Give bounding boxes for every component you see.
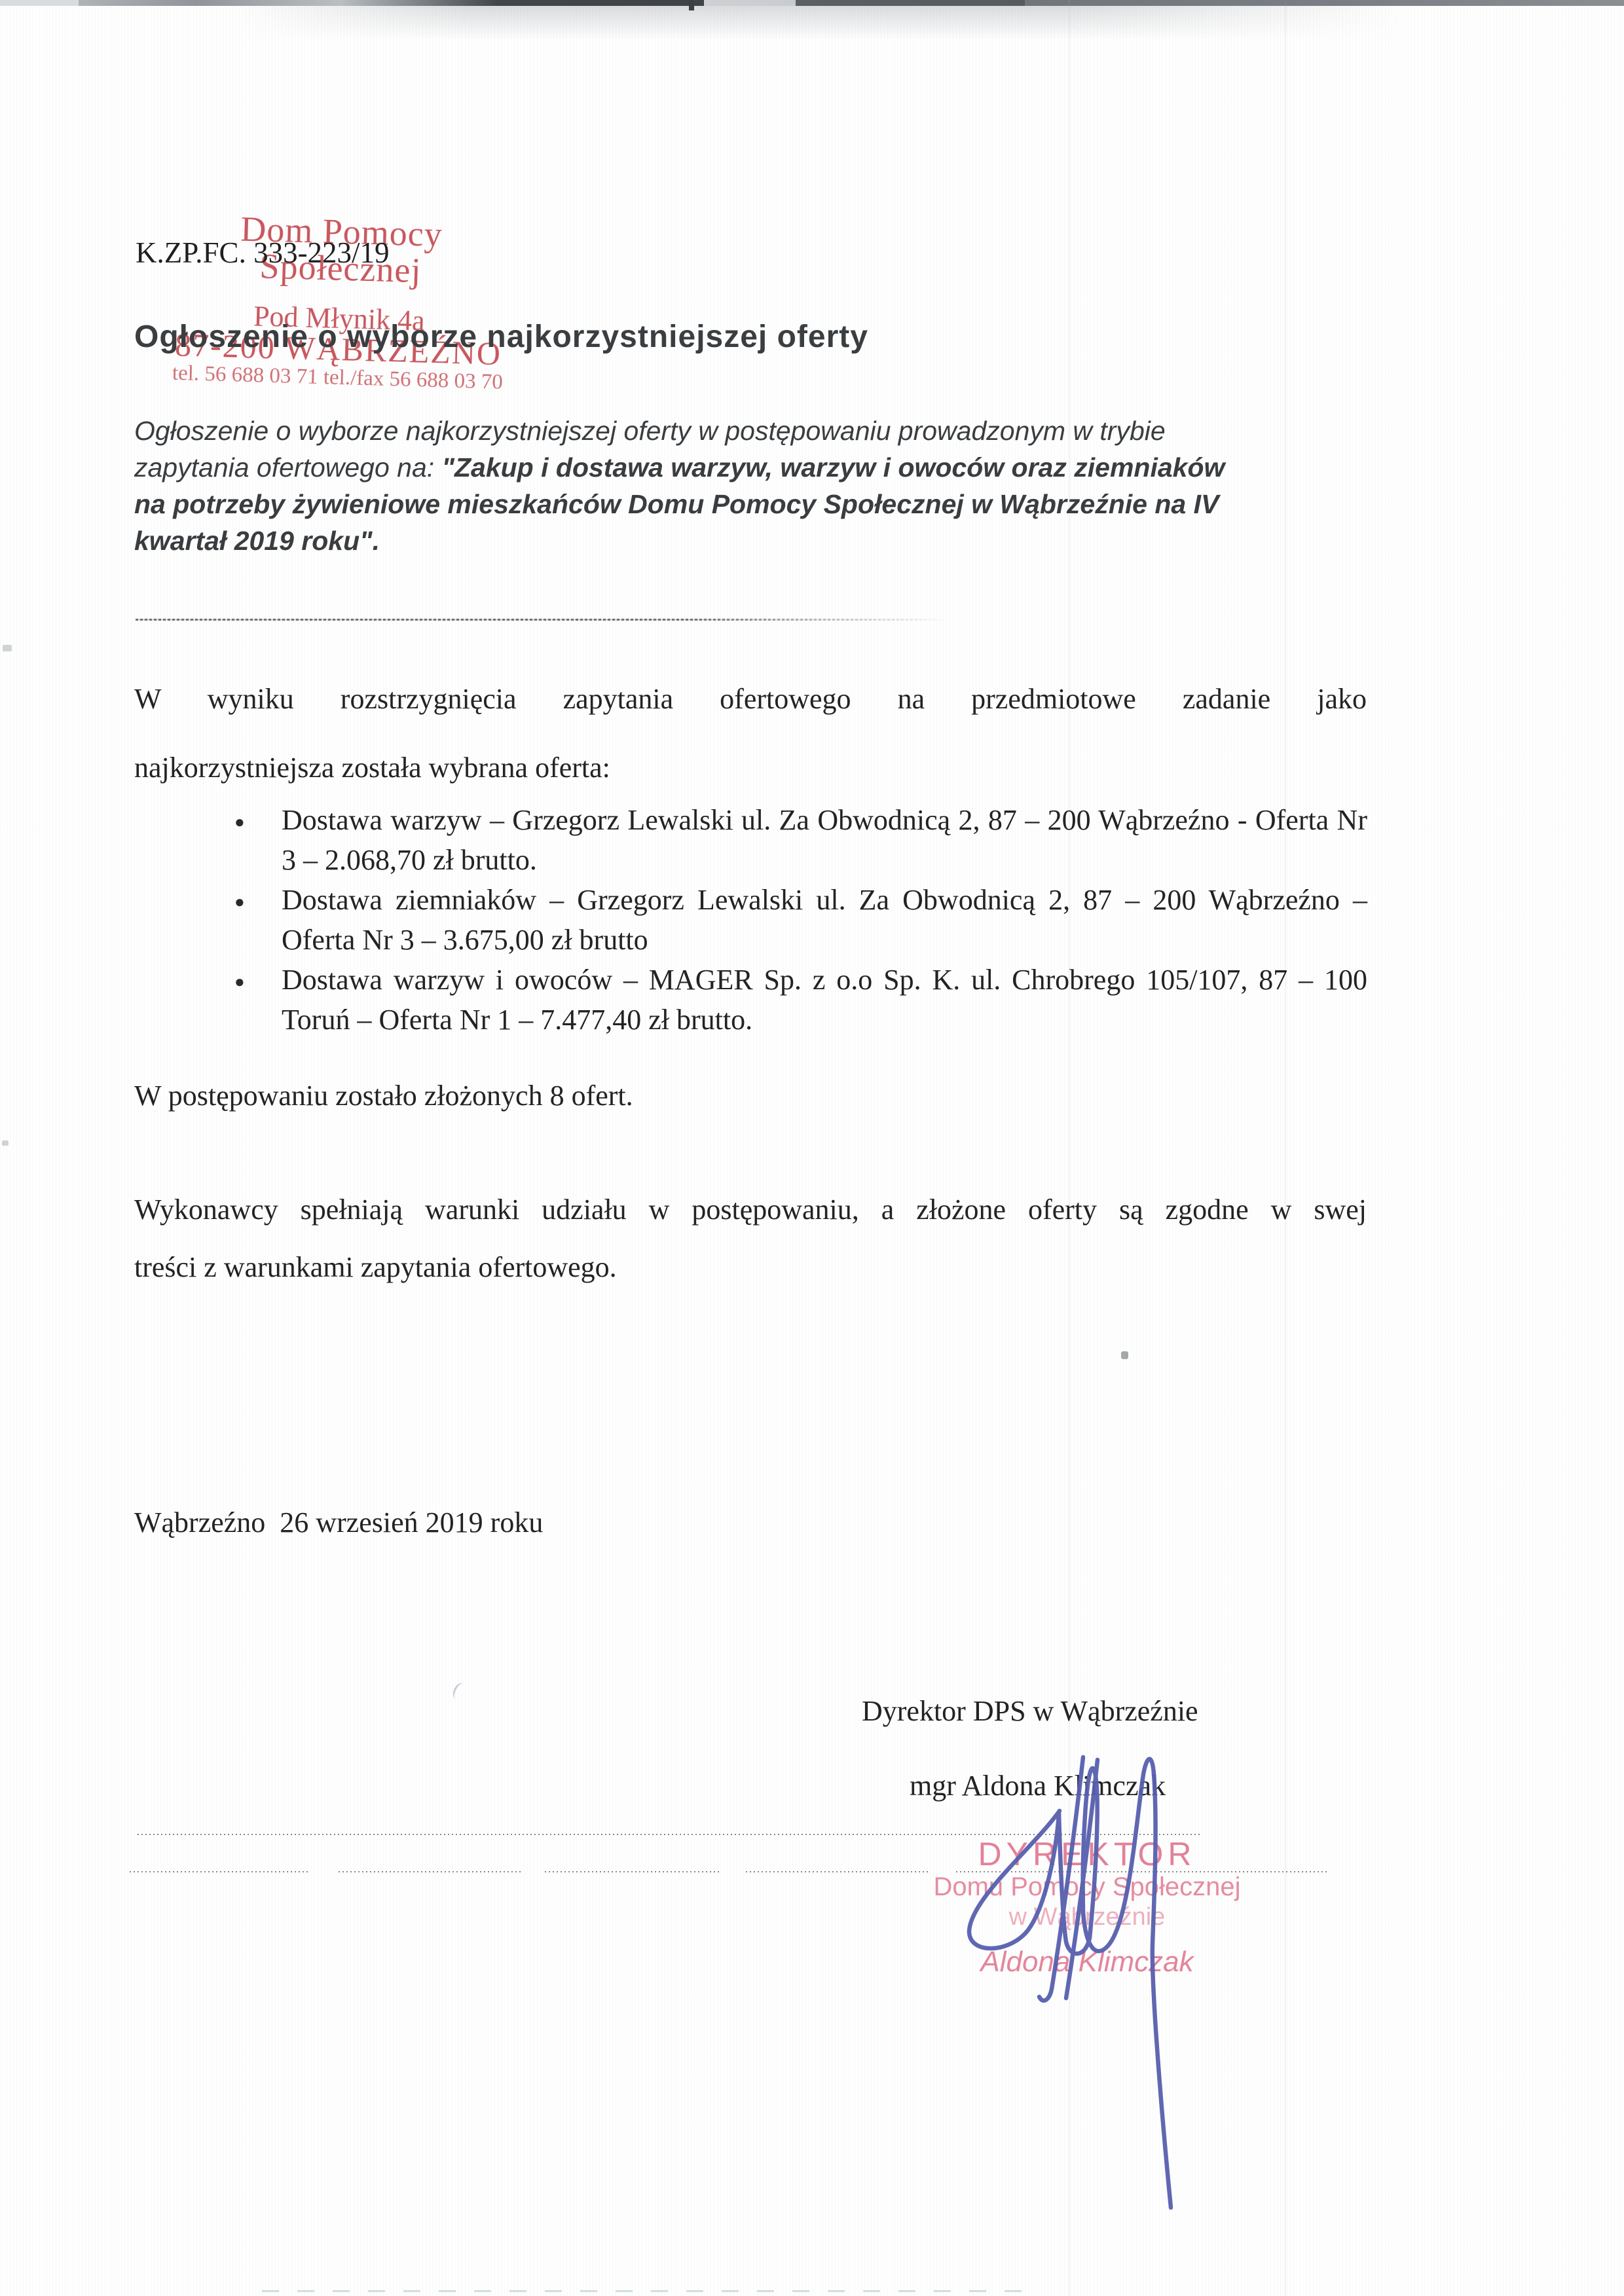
offer-item-ziemniaki: Dostawa ziemniaków – Grzegorz Lewalski u…: [282, 880, 1367, 960]
reference-number: K.ZP.FC. 333-223/19: [136, 236, 390, 270]
scan-speck: [451, 1681, 468, 1702]
intro-line: na potrzeby żywieniowe mieszkańców Domu …: [134, 486, 1398, 522]
divider-line: [136, 619, 951, 621]
edge-speck: [2, 1140, 9, 1146]
document-title: Ogłoszenie o wyborze najkorzystniejszej …: [134, 319, 868, 355]
signatory-position: Dyrektor DPS w Wąbrzeźnie: [862, 1694, 1198, 1728]
offers-count-paragraph: W postępowaniu zostało złożonych 8 ofert…: [134, 1079, 633, 1112]
compliance-paragraph-line1: Wykonawcy spełniają warunki udziału w po…: [134, 1193, 1367, 1235]
scan-edge-top: [0, 0, 1624, 6]
offer-item-warzywa-owoce: Dostawa warzyw i owoców – MAGER Sp. z o.…: [282, 960, 1367, 1040]
intro-line-bold: "Zakup i dostawa warzyw, warzyw i owoców…: [442, 452, 1225, 483]
offer-item-warzywa: Dostawa warzyw – Grzegorz Lewalski ul. Z…: [282, 800, 1367, 880]
result-paragraph-line1: W wyniku rozstrzygnięcia zapytania ofert…: [134, 682, 1367, 724]
dash-segment: [746, 1871, 931, 1872]
date-line: Wąbrzeźno 26 wrzesień 2019 roku: [134, 1506, 543, 1539]
handwritten-signature: [936, 1748, 1277, 2219]
scan-edge-bottom: [262, 2290, 1028, 2292]
dash-segment: [339, 1871, 521, 1872]
intro-line: zapytania ofertowego na: "Zakup i dostaw…: [134, 449, 1398, 486]
dash-segment: [130, 1871, 309, 1872]
intro-line: Ogłoszenie o wyborze najkorzystniejszej …: [134, 412, 1398, 449]
dash-segment: [545, 1871, 722, 1872]
result-paragraph-line2: najkorzystniejsza została wybrana oferta…: [134, 751, 610, 784]
offers-list: Dostawa warzyw – Grzegorz Lewalski ul. Z…: [282, 800, 1367, 1040]
compliance-paragraph-line2: treści z warunkami zapytania ofertowego.: [134, 1250, 617, 1284]
signature-dashed-line: [0, 1871, 1624, 1872]
scan-edge-top-shadow: [0, 6, 1624, 40]
scanned-document-page: Dom Pomocy Społecznej Pod Młynik 4a 87-2…: [0, 0, 1624, 2296]
intro-line-normal: zapytania ofertowego na:: [134, 452, 442, 483]
scanner-streak: [1285, 0, 1286, 2296]
intro-line: kwartał 2019 roku".: [134, 522, 1398, 559]
scan-edge-tick: [689, 0, 694, 10]
scan-speck: [1121, 1351, 1128, 1359]
intro-paragraph: Ogłoszenie o wyborze najkorzystniejszej …: [134, 412, 1398, 559]
edge-speck: [3, 645, 12, 651]
